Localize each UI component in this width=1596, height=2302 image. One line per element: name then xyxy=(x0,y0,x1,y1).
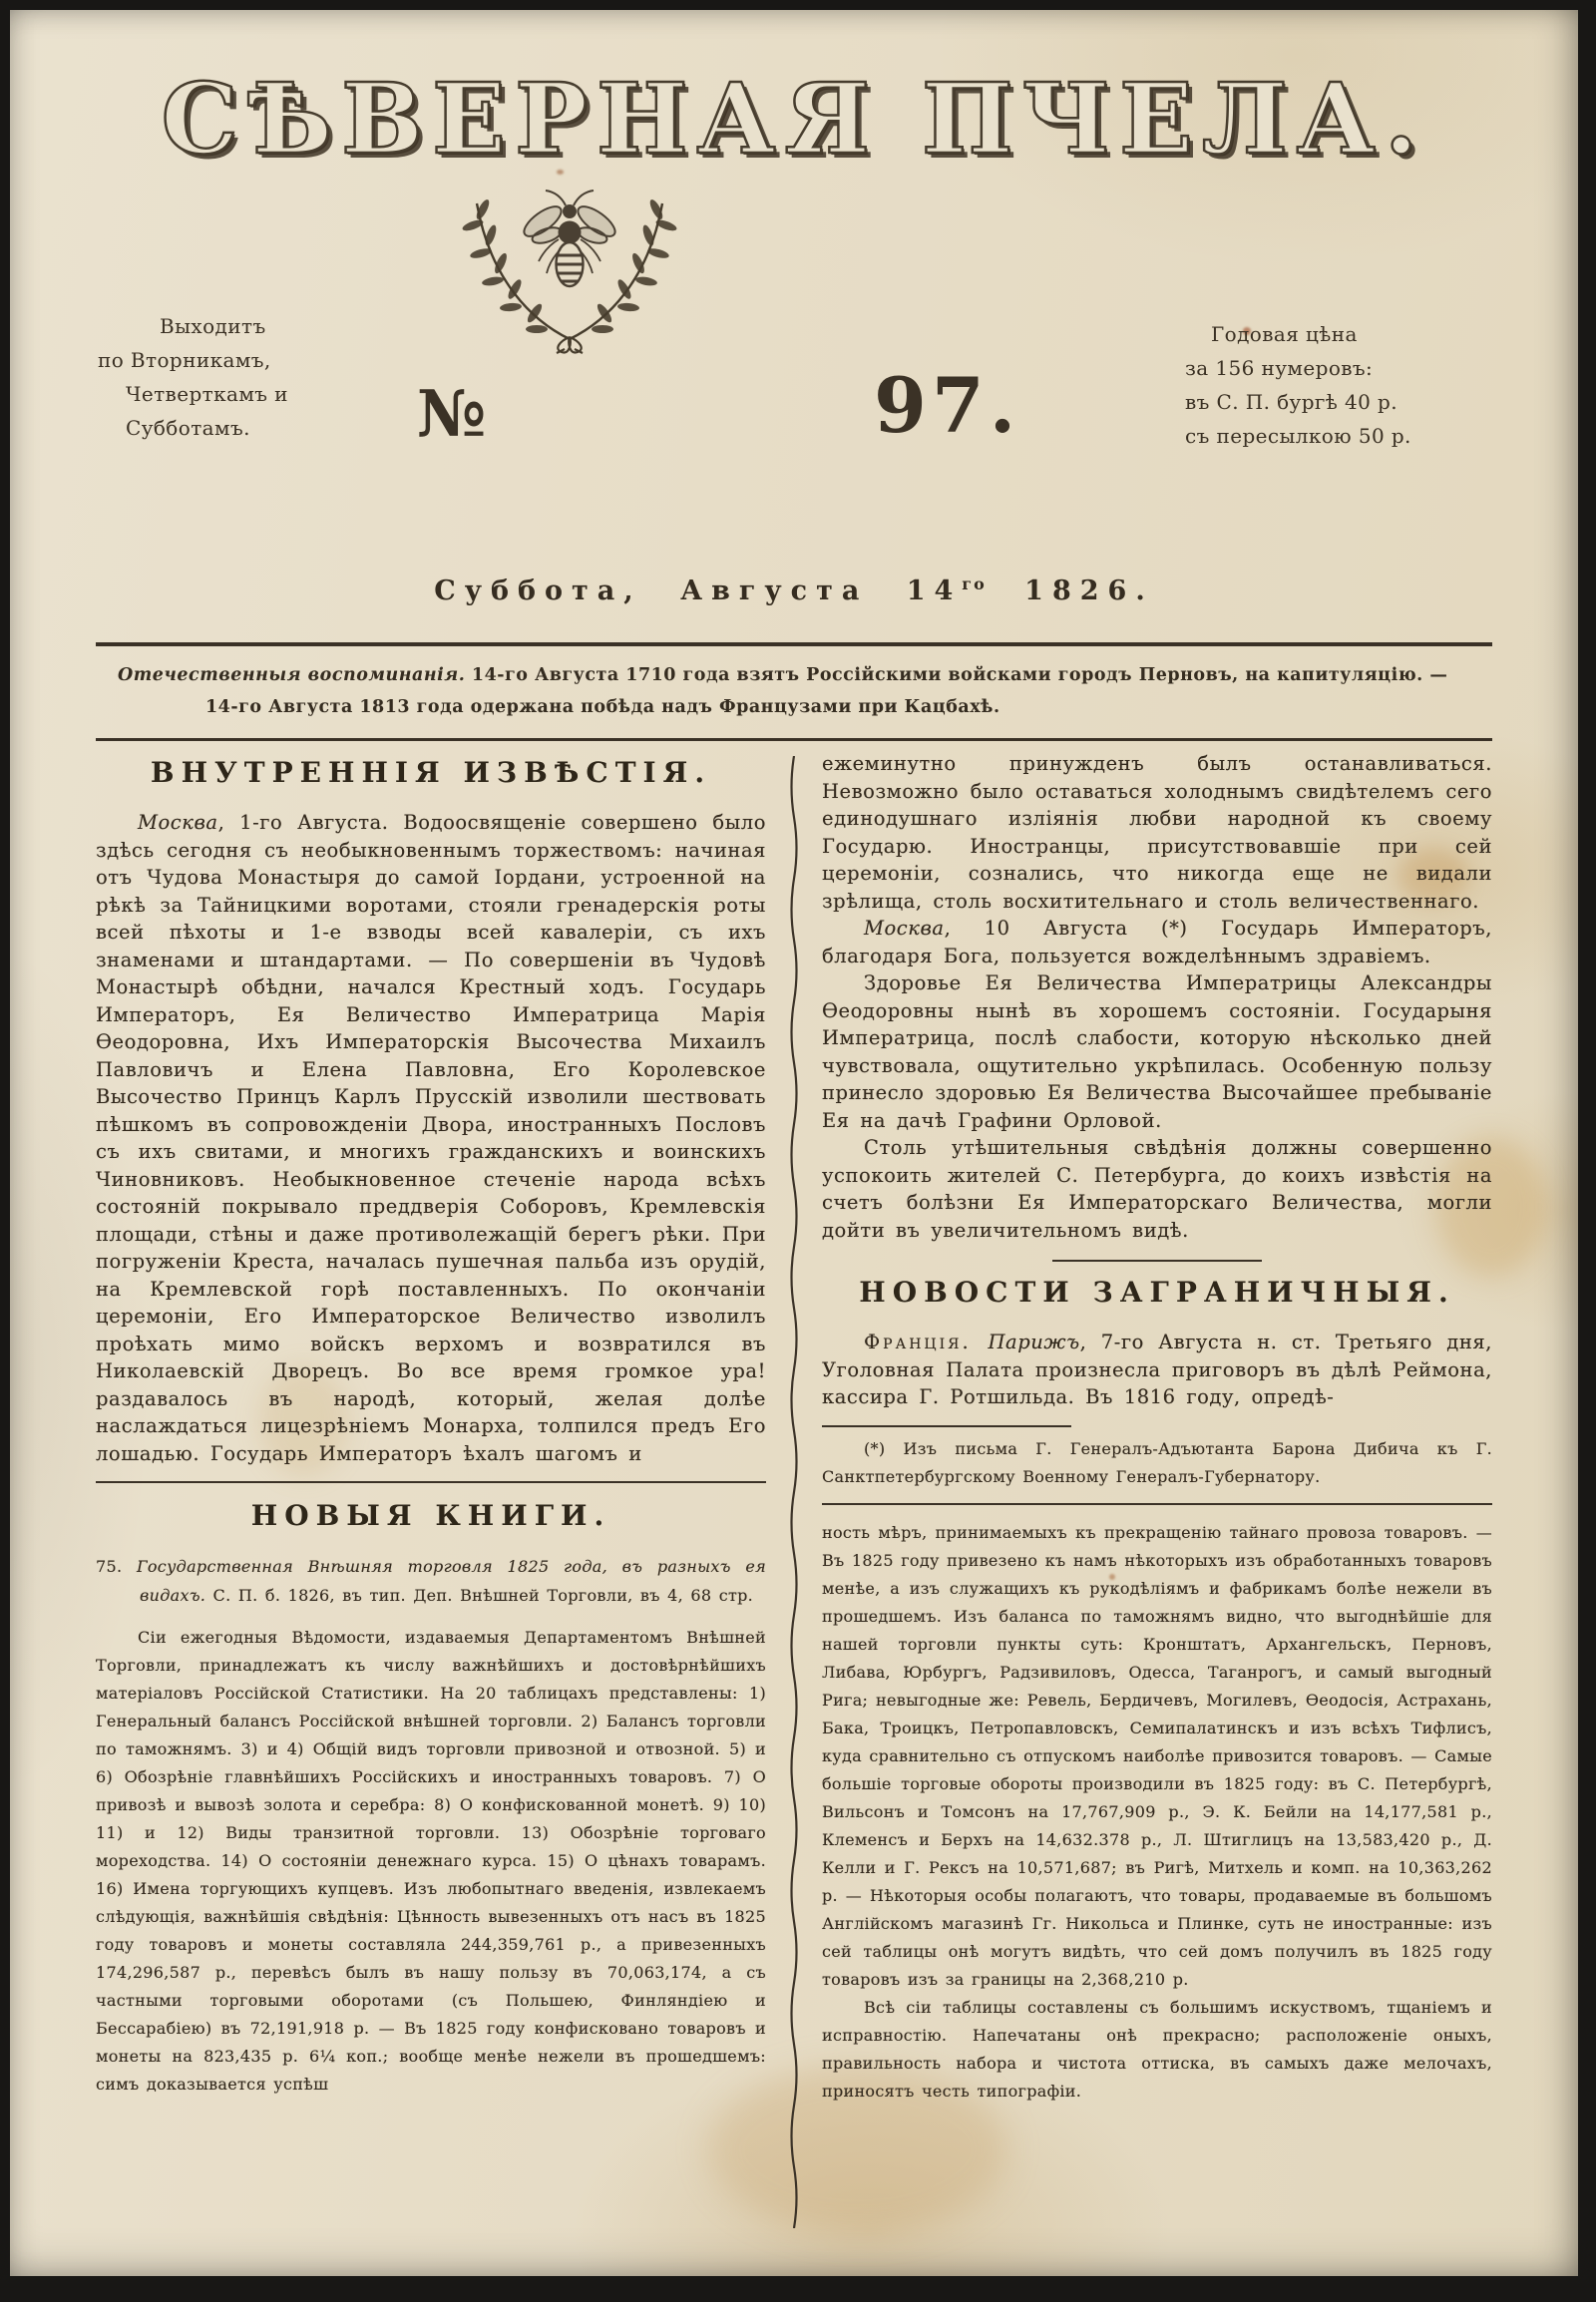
section-heading-domestic-news: ВНУТРЕННІЯ ИЗВѢСТІЯ. xyxy=(96,756,766,789)
review-paragraph-continued: ность мѣръ, принимаемыхъ къ прекращенію … xyxy=(822,1519,1492,1994)
price-line: Годовая цѣна xyxy=(1185,317,1464,351)
article-paragraph: Здоровье Ея Величества Императрицы Алекс… xyxy=(822,969,1492,1134)
dateline-text: Суббота, Августа 14 xyxy=(434,575,962,606)
book-entry-number: 75. xyxy=(96,1557,122,1576)
dateline-lead: Москва xyxy=(864,917,945,940)
masthead-title: СѢВЕРНАЯ ПЧЕЛА. xyxy=(10,66,1578,173)
article-paragraph: Столь утѣшительныя свѣдѣнія должны совер… xyxy=(822,1134,1492,1244)
newspaper-scan: { "meta": { "kind": "historical newspape… xyxy=(0,0,1596,2302)
footnote-rule xyxy=(822,1425,1071,1427)
country-lead: Франція. xyxy=(864,1331,988,1353)
column-rule xyxy=(822,1503,1492,1505)
body-columns: ВНУТРЕННІЯ ИЗВѢСТІЯ. Москва, 1-го Август… xyxy=(96,750,1492,2258)
schedule-line: по Вторникамъ, xyxy=(98,343,347,377)
dateline-ordinal-sup: го xyxy=(962,575,986,593)
schedule-line: Четверткамъ и xyxy=(98,377,347,411)
dateline-year: 1826. xyxy=(987,575,1154,606)
right-column: ежеминутно принужденъ былъ останавливать… xyxy=(822,750,1492,2258)
article-paragraph: Москва, 1-го Августа. Водоосвященіе сове… xyxy=(96,809,766,1467)
notice-lead: Отечественныя воспоминанія. xyxy=(118,665,465,685)
schedule-line: Выходитъ xyxy=(98,309,347,343)
section-divider-rule xyxy=(96,1481,766,1483)
city-lead: Парижъ xyxy=(988,1331,1079,1353)
review-paragraph: Всѣ сіи таблицы составлены съ большимъ и… xyxy=(822,1994,1492,2106)
section-heading-foreign-news: НОВОСТИ ЗАГРАНИЧНЫЯ. xyxy=(822,1276,1492,1309)
page-scan: СѢВЕРНАЯ ПЧЕЛА. xyxy=(10,10,1578,2276)
article-paragraph-continued: ежеминутно принужденъ былъ останавливать… xyxy=(822,750,1492,915)
column-divider xyxy=(788,756,800,2228)
article-paragraph: Франція. Парижъ, 7-го Августа н. ст. Тре… xyxy=(822,1329,1492,1411)
publication-schedule-note: Выходитъ по Вторникамъ, Четверткамъ и Су… xyxy=(98,309,347,445)
paragraph-text: , 1-го Августа. Водоосвященіе совершено … xyxy=(96,811,766,1465)
price-line: въ С. П. бургѣ 40 р. xyxy=(1185,385,1464,419)
dateline-lead: Москва xyxy=(138,811,218,834)
review-paragraph: Сіи ежегодныя Вѣдомости, издаваемыя Депа… xyxy=(96,1624,766,2099)
price-line: за 156 нумеровъ: xyxy=(1185,351,1464,385)
article-paragraph: Москва, 10 Августа (*) Государь Императо… xyxy=(822,915,1492,969)
book-entry-imprint: С. П. б. 1826, въ тип. Деп. Внѣшней Торг… xyxy=(205,1586,753,1605)
footnote: (*) Изъ письма Г. Генералъ-Адъютанта Бар… xyxy=(822,1435,1492,1491)
anniversary-notice: Отечественныя воспоминанія. 14-го Август… xyxy=(96,642,1492,741)
bee-laurel-emblem-icon xyxy=(425,170,714,358)
bee-icon xyxy=(520,191,619,286)
left-column: ВНУТРЕННІЯ ИЗВѢСТІЯ. Москва, 1-го Август… xyxy=(96,750,766,2258)
issue-number-label: № xyxy=(417,377,487,452)
schedule-line: Субботамъ. xyxy=(98,411,347,445)
section-heading-new-books: НОВЫЯ КНИГИ. xyxy=(96,1499,766,1532)
book-entry: 75. Государственная Внѣшняя торговля 182… xyxy=(96,1552,766,1610)
notice-text: 14-го Августа 1710 года взятъ Россійским… xyxy=(465,665,1447,685)
subscription-price-note: Годовая цѣна за 156 нумеровъ: въ С. П. б… xyxy=(1185,317,1464,453)
price-line: съ пересылкою 50 р. xyxy=(1185,419,1464,453)
section-divider-rule xyxy=(1052,1260,1262,1262)
issue-number: 97. xyxy=(874,361,1020,450)
dateline: Суббота, Августа 14го 1826. xyxy=(10,575,1578,606)
notice-line2: 14-го Августа 1813 года одержана побѣда … xyxy=(118,691,1470,723)
